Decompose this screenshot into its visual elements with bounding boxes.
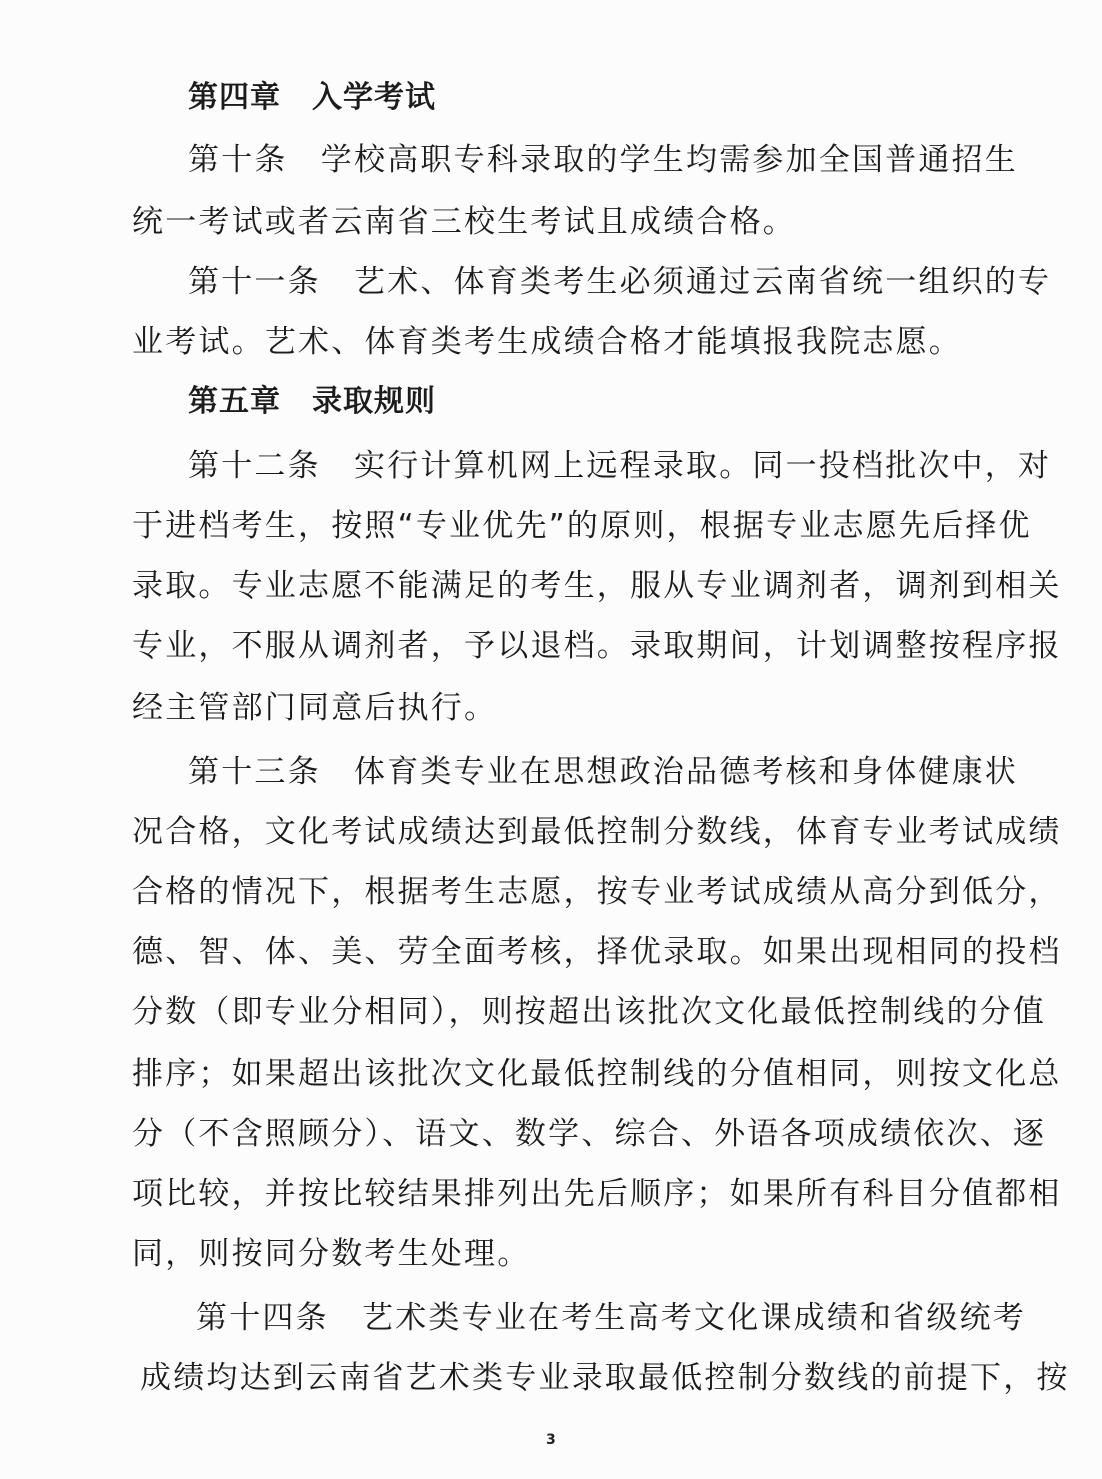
article-13-line-8: 项比较，并按比较结果排列出先后顺序；如果所有科目分值都相: [132, 1174, 1062, 1214]
chapter-4-heading: 第四章 入学考试: [188, 78, 436, 118]
document-page: 第四章 入学考试 第十条 学校高职专科录取的学生均需参加全国普通招生 统一考试或…: [0, 0, 1102, 1479]
article-10-line-1: 第十条 学校高职专科录取的学生均需参加全国普通招生: [188, 140, 1018, 180]
article-12-line-5: 经主管部门同意后执行。: [132, 688, 497, 728]
article-14-line-2: 成绩均达到云南省艺术类专业录取最低控制分数线的前提下，按: [140, 1358, 1070, 1398]
article-13-line-1: 第十三条 体育类专业在思想政治品德考核和身体健康状: [188, 752, 1018, 792]
article-13-line-9: 同，则按同分数考生处理。: [132, 1234, 530, 1274]
article-12-line-2: 于进档考生，按照“专业优先”的原则，根据专业志愿先后择优: [132, 506, 1032, 546]
article-13-line-2: 况合格，文化考试成绩达到最低控制分数线，体育专业考试成绩: [132, 812, 1062, 852]
article-11-line-1: 第十一条 艺术、体育类考生必须通过云南省统一组织的专: [188, 262, 1051, 302]
article-10-line-2: 统一考试或者云南省三校生考试且成绩合格。: [132, 202, 796, 242]
article-13-line-7: 分（不含照顾分）、语文、数学、综合、外语各项成绩依次、逐: [132, 1114, 1046, 1154]
article-13-line-6: 排序；如果超出该批次文化最低控制线的分值相同，则按文化总: [132, 1054, 1062, 1094]
article-13-line-5: 分数（即专业分相同），则按超出该批次文化最低控制线的分值: [132, 992, 1046, 1032]
page-number: 3: [546, 1432, 556, 1448]
article-11-line-2: 业考试。艺术、体育类考生成绩合格才能填报我院志愿。: [132, 322, 962, 362]
article-14-line-1: 第十四条 艺术类专业在考生高考文化课成绩和省级统考: [196, 1298, 1026, 1338]
article-13-line-4: 德、智、体、美、劳全面考核，择优录取。如果出现相同的投档: [132, 932, 1062, 972]
article-12-line-3: 录取。专业志愿不能满足的考生，服从专业调剂者，调剂到相关: [132, 566, 1062, 606]
article-12-line-1: 第十二条 实行计算机网上远程录取。同一投档批次中，对: [188, 446, 1051, 486]
article-12-line-4: 专业，不服从调剂者，予以退档。录取期间，计划调整按程序报: [132, 626, 1062, 666]
article-13-line-3: 合格的情况下，根据考生志愿，按专业考试成绩从高分到低分，: [132, 872, 1062, 912]
chapter-5-heading: 第五章 录取规则: [188, 382, 436, 422]
